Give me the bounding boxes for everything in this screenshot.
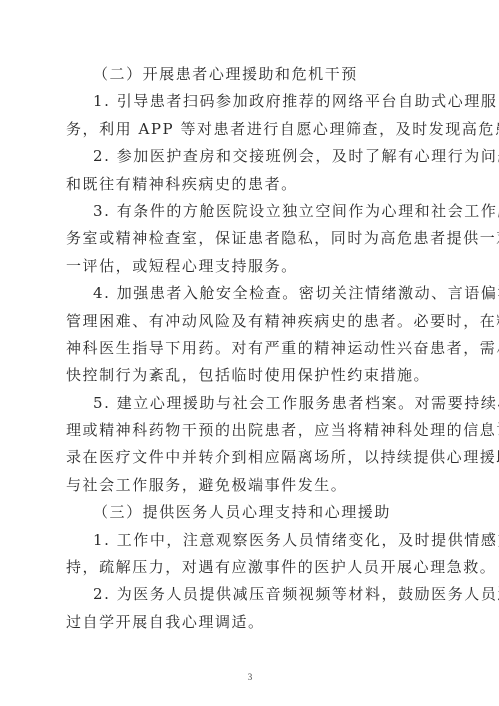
list-item: 3. 有条件的方舱医院设立独立空间作为心理和社会工作服 务室或精神检查室，保证患…: [66, 198, 434, 280]
page-number: 3: [244, 672, 256, 682]
paragraph-line: 5. 建立心理援助与社会工作服务患者档案。对需要持续心: [66, 390, 434, 417]
paragraph-line: 神科医生指导下用药。对有严重的精神运动性兴奋患者，需尽: [66, 335, 434, 362]
list-item: 1. 引导患者扫码参加政府推荐的网络平台自助式心理服 务，利用 APP 等对患者…: [66, 88, 434, 143]
paragraph-line: 4. 加强患者入舱安全检查。密切关注情绪激动、言语偏激、: [66, 280, 434, 307]
list-item: 2. 参加医护查房和交接班例会，及时了解有心理行为问题 和既往有精神科疾病史的患…: [66, 143, 434, 198]
paragraph-line: 3. 有条件的方舱医院设立独立空间作为心理和社会工作服: [66, 198, 434, 225]
paragraph-line: 管理困难、有冲动风险及有精神疾病史的患者。必要时，在精: [66, 308, 434, 335]
list-item: 1. 工作中，注意观察医务人员情绪变化，及时提供情感支 持，疏解压力，对遇有应激…: [66, 527, 434, 582]
paragraph-line: 2. 为医务人员提供减压音频视频等材料，鼓励医务人员通: [66, 581, 434, 608]
paragraph-line: 一评估，或短程心理支持服务。: [66, 253, 434, 280]
paragraph-line: 录在医疗文件中并转介到相应隔离场所，以持续提供心理援助: [66, 444, 434, 471]
paragraph-line: 与社会工作服务，避免极端事件发生。: [66, 472, 434, 499]
section-heading: （三）提供医务人员心理支持和心理援助: [66, 499, 434, 526]
paragraph-line: 1. 引导患者扫码参加政府推荐的网络平台自助式心理服: [66, 88, 434, 115]
list-item: 4. 加强患者入舱安全检查。密切关注情绪激动、言语偏激、 管理困难、有冲动风险及…: [66, 280, 434, 390]
paragraph-line: 2. 参加医护查房和交接班例会，及时了解有心理行为问题: [66, 143, 434, 170]
document-body: （二）开展患者心理援助和危机干预 1. 引导患者扫码参加政府推荐的网络平台自助式…: [66, 61, 434, 636]
section-heading: （二）开展患者心理援助和危机干预: [66, 61, 434, 88]
paragraph-line: 和既往有精神科疾病史的患者。: [66, 171, 434, 198]
list-item: 2. 为医务人员提供减压音频视频等材料，鼓励医务人员通 过自学开展自我心理调适。: [66, 581, 434, 636]
paragraph-line: 理或精神科药物干预的出院患者，应当将精神科处理的信息记: [66, 417, 434, 444]
paragraph-line: 务室或精神检查室，保证患者隐私，同时为高危患者提供一对: [66, 225, 434, 252]
paragraph-line: 务，利用 APP 等对患者进行自愿心理筛查，及时发现高危患者。: [66, 116, 434, 143]
paragraph-line: 持，疏解压力，对遇有应激事件的医护人员开展心理急救。: [66, 554, 434, 581]
document-page: （二）开展患者心理援助和危机干预 1. 引导患者扫码参加政府推荐的网络平台自助式…: [0, 0, 499, 706]
paragraph-line: 快控制行为紊乱，包括临时使用保护性约束措施。: [66, 362, 434, 389]
paragraph-line: 过自学开展自我心理调适。: [66, 609, 434, 636]
paragraph-line: 1. 工作中，注意观察医务人员情绪变化，及时提供情感支: [66, 527, 434, 554]
list-item: 5. 建立心理援助与社会工作服务患者档案。对需要持续心 理或精神科药物干预的出院…: [66, 390, 434, 500]
